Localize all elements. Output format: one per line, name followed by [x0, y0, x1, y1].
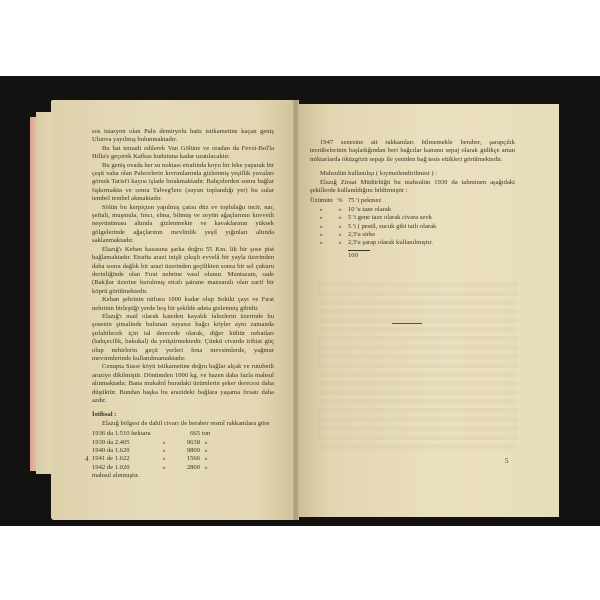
list-item: » » 2,5'u sirke	[310, 231, 515, 239]
table-row: 1939 da 2.405 » 9638 »	[92, 439, 274, 447]
page-number-left: 4	[85, 455, 89, 463]
table-row: 1942 de 1.020 » 2800 »	[92, 464, 274, 472]
paragraph: Elazığ'ı Keban kazasına şarka doğru 55 K…	[92, 246, 274, 296]
list-item: » » 10 'u taze olarak	[310, 206, 515, 214]
table-row: 1936 da 1.510 hektara 665 ton	[92, 430, 274, 438]
paragraph: Elazığ Ziraat Müdürlüğü bu mahsulün 1939…	[310, 179, 515, 196]
paragraph: Bu geniş ovada her su noktası etrafında …	[92, 162, 274, 204]
list-item: Üzümün % 75 'i pekmez	[310, 197, 515, 205]
page-number-right: 5	[505, 457, 509, 465]
list-item: » » 5 'i gene taze olarak civara sevk	[310, 214, 515, 222]
paragraph: mahsul alınmıştır.	[92, 472, 274, 480]
section-heading: Mahsulün kullanılışı ( kıymetlendirilmes…	[310, 170, 515, 178]
paragraph: Keban şehrinin nüfusu 1000 kadar olup So…	[92, 296, 274, 313]
right-page-text: 1947 senesine ait rakkamları bilmemekle …	[310, 139, 515, 260]
paragraph: 1947 senesine ait rakkamları bilmemekle …	[310, 139, 515, 164]
section-divider	[392, 323, 422, 324]
table-row: 1940 da 1.620 » 9800 »	[92, 447, 274, 455]
paragraph: sos istasyon olan Palu demiryolu hattı i…	[92, 128, 274, 145]
book-gutter	[293, 100, 299, 520]
paragraph: Elazığ'ı mail olarak kateden kayalık fal…	[92, 313, 274, 363]
list-item: » » 2,5'u şarap olarak kullanılmıştır.	[310, 239, 515, 247]
paragraph: Sölün bu kerpiçten yapılmış çatısı düz e…	[92, 204, 274, 246]
usage-list: Üzümün % 75 'i pekmez » » 10 'u taze ola…	[310, 197, 515, 260]
usage-total: 100	[348, 250, 370, 260]
list-item: » » 5 'i ( pestil, sucuk gibi tatlı olar…	[310, 223, 515, 231]
production-table: 1936 da 1.510 hektara 665 ton 1939 da 2.…	[92, 430, 274, 472]
paragraph: Elazığ bölgesi de dahil civarı ile berab…	[92, 420, 274, 428]
paragraph: Bu hat temadi edilerek Van Gölüne ve ora…	[92, 145, 274, 162]
paragraph: Cenupta Sussr köyü istikametine doğru ba…	[92, 363, 274, 405]
bleed-through-text	[318, 282, 518, 452]
left-page-text: sos istasyon olan Palu demiryolu hattı i…	[92, 128, 274, 481]
table-row: 1941 de 1.622 » 1566 »	[92, 455, 274, 463]
section-heading: İstihsal :	[92, 411, 274, 419]
